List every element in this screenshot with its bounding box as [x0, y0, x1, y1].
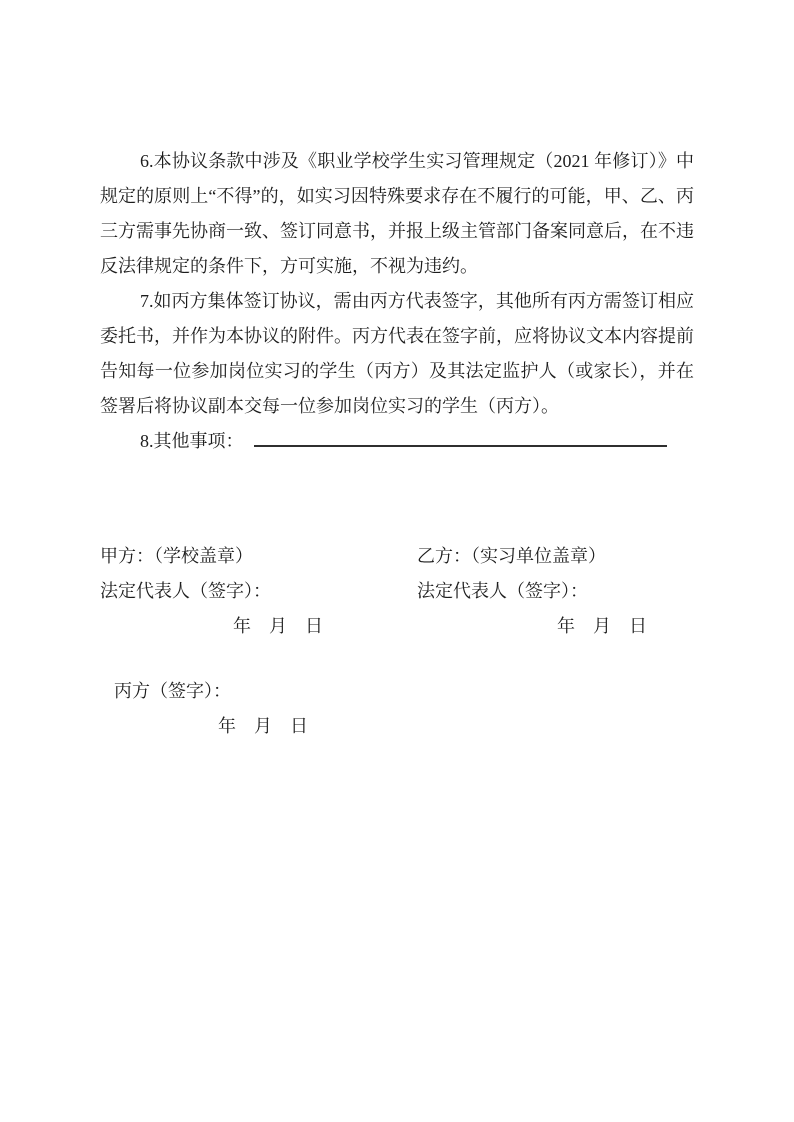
- party-b-date-line: 年 月 日: [417, 609, 694, 644]
- party-b-title: 乙方：（实习单位盖章）: [417, 539, 694, 574]
- document-page: 6.本协议条款中涉及《职业学校学生实习管理规定（2021 年修订）》中规定的原则…: [0, 0, 794, 1122]
- party-b-signature-block: 乙方：（实习单位盖章） 法定代表人（签字）： 年 月 日: [417, 539, 694, 644]
- party-c-signature-block: 丙方（签字）： 年 月 日: [100, 674, 694, 744]
- clause-7-paragraph: 7.如丙方集体签订协议，需由丙方代表签字，其他所有丙方需签订相应委托书，并作为本…: [100, 284, 694, 424]
- party-c-title: 丙方（签字）：: [100, 674, 694, 709]
- other-items-label: 8.其他事项：: [140, 431, 244, 451]
- party-a-signature-block: 甲方：（学校盖章） 法定代表人（签字）： 年 月 日: [100, 539, 417, 644]
- document-body: 6.本协议条款中涉及《职业学校学生实习管理规定（2021 年修订）》中规定的原则…: [100, 144, 694, 744]
- party-a-date-line: 年 月 日: [100, 609, 417, 644]
- signature-columns: 甲方：（学校盖章） 法定代表人（签字）： 年 月 日 乙方：（实习单位盖章） 法…: [100, 539, 694, 644]
- party-b-representative-label: 法定代表人（签字）：: [417, 574, 694, 609]
- signature-section: 甲方：（学校盖章） 法定代表人（签字）： 年 月 日 乙方：（实习单位盖章） 法…: [100, 539, 694, 744]
- party-c-date-line: 年 月 日: [100, 709, 694, 744]
- other-items-blank-field[interactable]: [254, 426, 667, 447]
- other-items-row: 8.其他事项：: [100, 424, 694, 459]
- clause-6-paragraph: 6.本协议条款中涉及《职业学校学生实习管理规定（2021 年修订）》中规定的原则…: [100, 144, 694, 284]
- party-a-representative-label: 法定代表人（签字）：: [100, 574, 417, 609]
- party-a-title: 甲方：（学校盖章）: [100, 539, 417, 574]
